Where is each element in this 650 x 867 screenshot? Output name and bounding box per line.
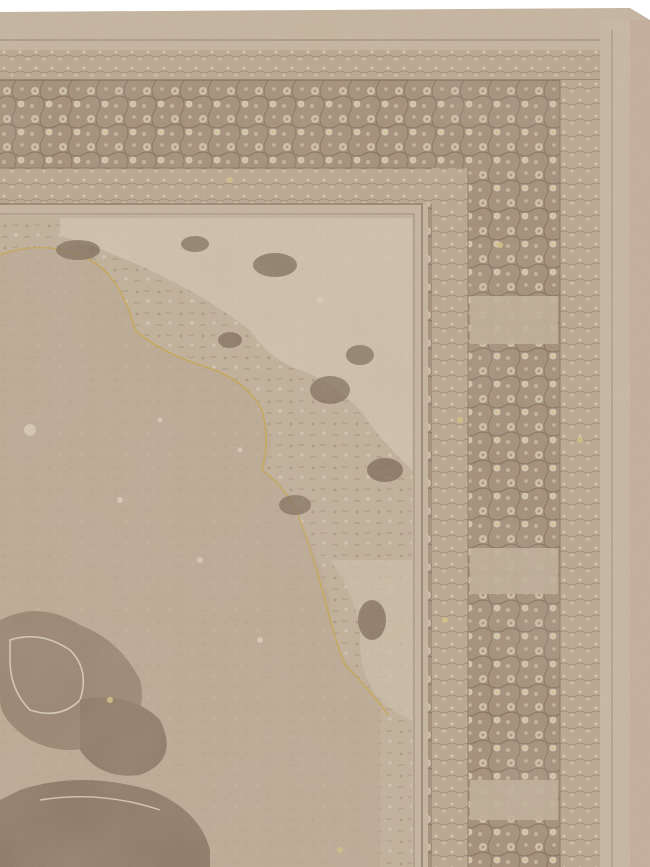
rug-photo — [0, 0, 650, 867]
rug-illustration — [0, 0, 650, 867]
